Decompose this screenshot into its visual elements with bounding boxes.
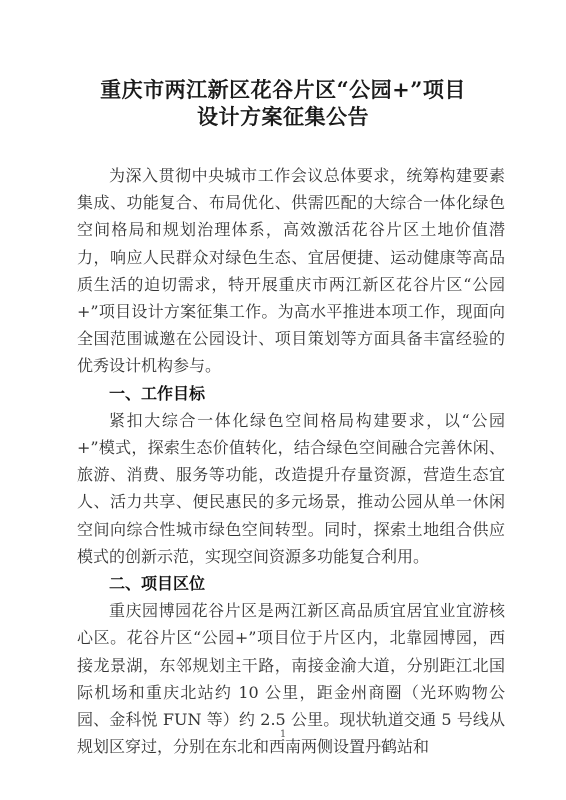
section-heading-work-goals: 一、工作目标 xyxy=(77,380,505,407)
title-line-1: 重庆市两江新区花谷片区“公园+”项目 xyxy=(60,76,506,103)
document-page: 重庆市两江新区花谷片区“公园+”项目 设计方案征集公告 为深入贯彻中央城市工作会… xyxy=(0,0,566,800)
title-line-2: 设计方案征集公告 xyxy=(60,103,506,130)
page-number: 1 xyxy=(0,729,566,740)
intro-paragraph: 为深入贯彻中央城市工作会议总体要求，统筹构建要素集成、功能复合、布局优化、供需匹… xyxy=(77,162,505,380)
section-heading-project-location: 二、项目区位 xyxy=(77,570,505,597)
document-title: 重庆市两江新区花谷片区“公园+”项目 设计方案征集公告 xyxy=(60,76,506,130)
document-body: 为深入贯彻中央城市工作会议总体要求，统筹构建要素集成、功能复合、布局优化、供需匹… xyxy=(77,162,505,760)
section-paragraph-work-goals: 紧扣大综合一体化绿色空间格局构建要求，以“公园+”模式，探索生态价值转化，结合绿… xyxy=(77,407,505,570)
